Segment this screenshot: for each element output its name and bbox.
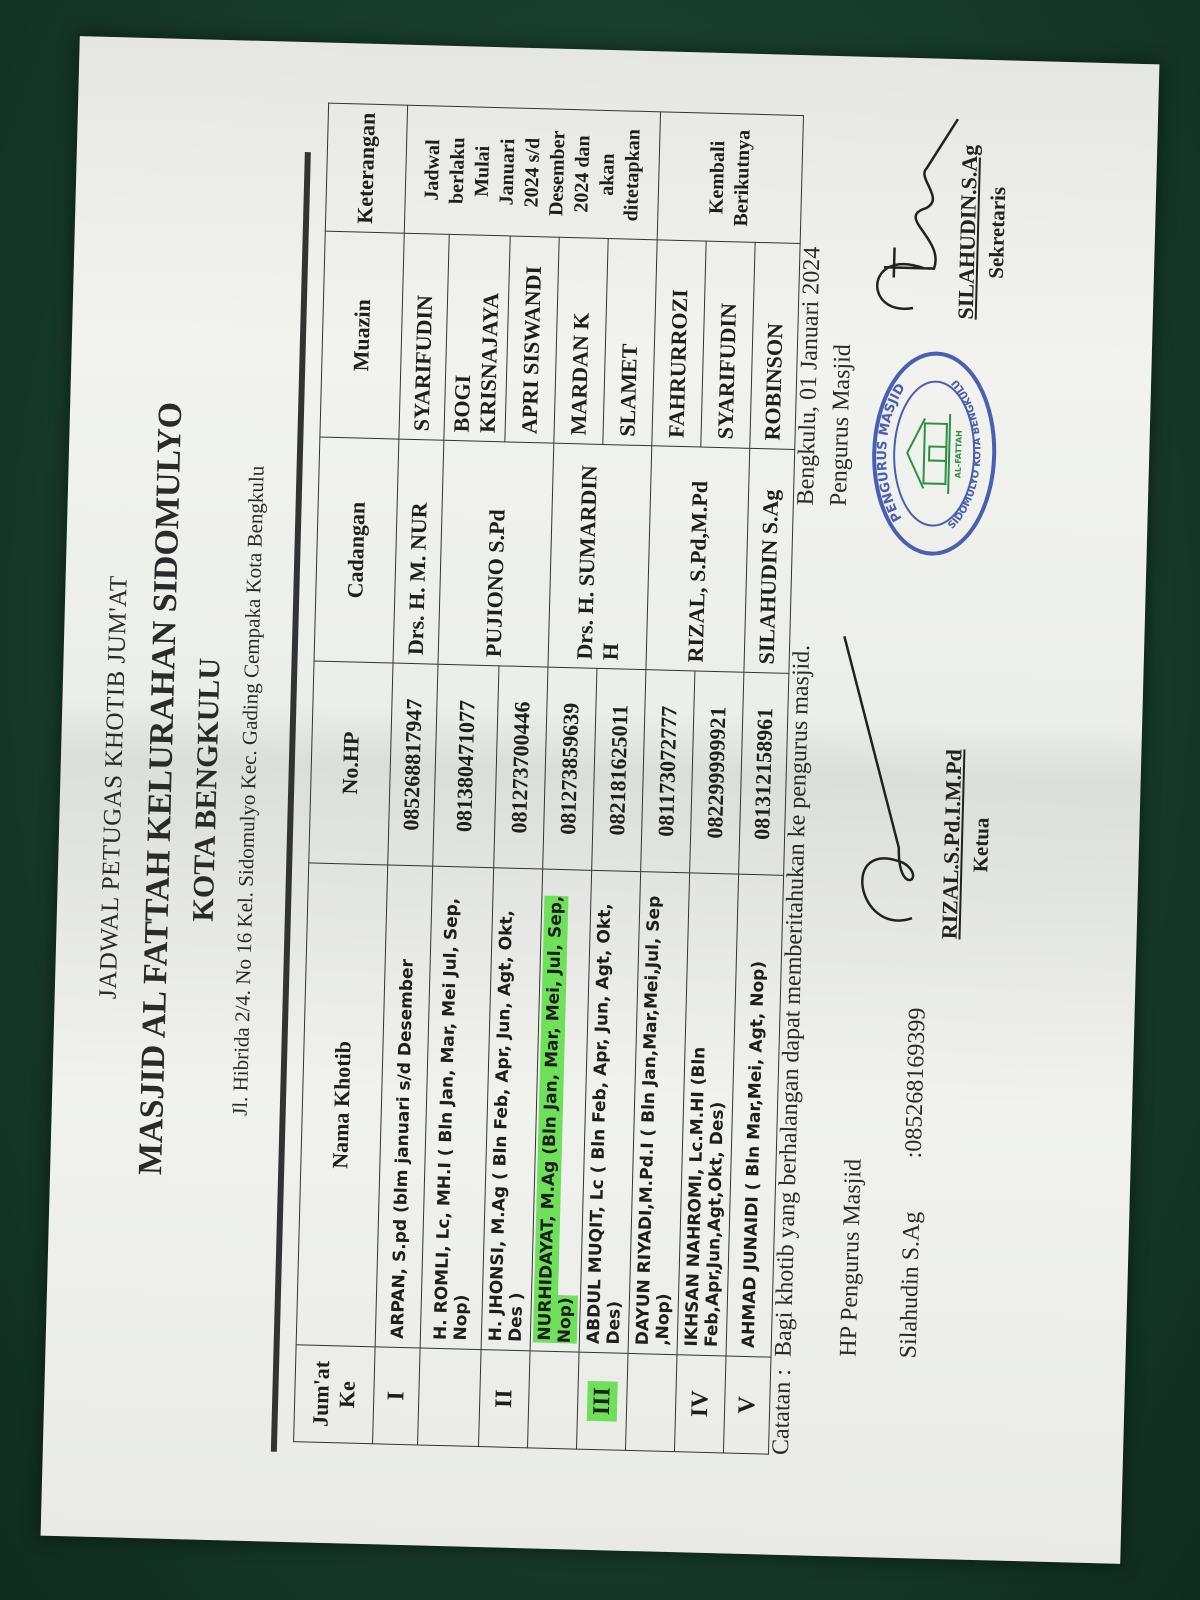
col-muazin: Muazin (320, 231, 404, 439)
row-cadangan: Drs. H. M. NUR (393, 439, 444, 664)
row-keterangan-1: Jadwal berlaku Mulai Januari 2024 s/d De… (404, 105, 660, 240)
row-keterangan-2: Kembali Berikutnya (657, 112, 803, 244)
document-photo: JADWAL PETUGAS KHOTIB JUM'AT MASJID AL F… (41, 36, 1160, 1564)
hp-pengurus-label: HP Pengurus Masjid (836, 1159, 867, 1357)
col-jumat-ke: Jum'at Ke (294, 1345, 376, 1444)
highlighted-khotib: NURHIDAYAT, M.Ag (Bln Jan, Mar, Mei, Jul… (533, 895, 578, 1343)
row-hp: 082181625011 (592, 668, 646, 871)
row-ke: IV (674, 1355, 726, 1453)
row-muazin: FAHRURROZI (652, 240, 706, 447)
row-hp: 081312158961 (739, 672, 789, 875)
row-cadangan: Drs. H. SUMARDIN H (548, 443, 652, 669)
ketua-signature-icon (816, 626, 975, 960)
row-cadangan: SILAHUDIN S.Ag (744, 448, 795, 673)
highlighted-ke: III (586, 1381, 617, 1422)
hp-pengurus-value: :085268169399 (901, 1007, 932, 1158)
mosque-stamp-icon: PENGURUS MASJID SIDOMULYO KOTA BENGKULU … (866, 347, 1001, 560)
row-hp: 081273859639 (543, 667, 597, 870)
row-ke (418, 1348, 482, 1447)
row-ke (528, 1351, 580, 1449)
row-muazin: BOGI KRISNAJAYA (444, 235, 510, 442)
row-hp: 081273700446 (494, 666, 548, 869)
hp-pengurus: HP Pengurus Masjid :085268169399 (836, 1159, 868, 1357)
col-nama-khotib: Nama Khotib (296, 863, 388, 1347)
row-cadangan: RIZAL, S.Pd,M.Pd (646, 446, 750, 672)
schedule-table: Jum'at Ke Nama Khotib No.HP Cadangan Mua… (293, 103, 804, 1455)
svg-text:AL-FATTAH: AL-FATTAH (954, 430, 964, 478)
col-keterangan: Keterangan (325, 103, 407, 233)
row-ke: I (373, 1347, 421, 1445)
row-muazin: MARDAN K (554, 237, 608, 444)
row-hp: 085268817947 (388, 663, 438, 866)
row-hp: 081380471077 (433, 664, 499, 868)
col-no-hp: No.HP (309, 661, 393, 865)
sekretaris-signature-icon (852, 97, 978, 330)
place-date: Bengkulu, 01 Januari 2024 (793, 246, 827, 505)
row-muazin: SYARIFUDIN (701, 241, 755, 448)
row-muazin: SYARIFUDIN (399, 233, 449, 440)
row-ke: V (723, 1356, 771, 1454)
row-cadangan: PUJIONO S.Pd (438, 440, 554, 667)
notes-label: Catatan : (768, 1363, 797, 1456)
row-muazin: SLAMET (603, 239, 657, 446)
ketua-role: Ketua (966, 750, 996, 941)
row-hp: 081173072777 (641, 670, 695, 873)
hp-pengurus-name: Silahudin S.Ag (895, 1211, 926, 1358)
row-muazin: APRI SISWANDI (505, 236, 559, 443)
place-date-block: Bengkulu, 01 Januari 2024 Pengurus Masji… (793, 246, 860, 506)
row-ke (625, 1353, 677, 1451)
row-ke: III (577, 1352, 629, 1450)
row-hp: 082299999921 (690, 671, 744, 874)
row-muazin: ROBINSON (750, 243, 800, 450)
sekretaris-role: Sekretaris (983, 145, 1013, 320)
svg-text:SIDOMULYO KOTA BENGKULU: SIDOMULYO KOTA BENGKULU (946, 377, 985, 532)
col-cadangan: Cadangan (314, 437, 399, 663)
row-ke: II (479, 1350, 531, 1448)
